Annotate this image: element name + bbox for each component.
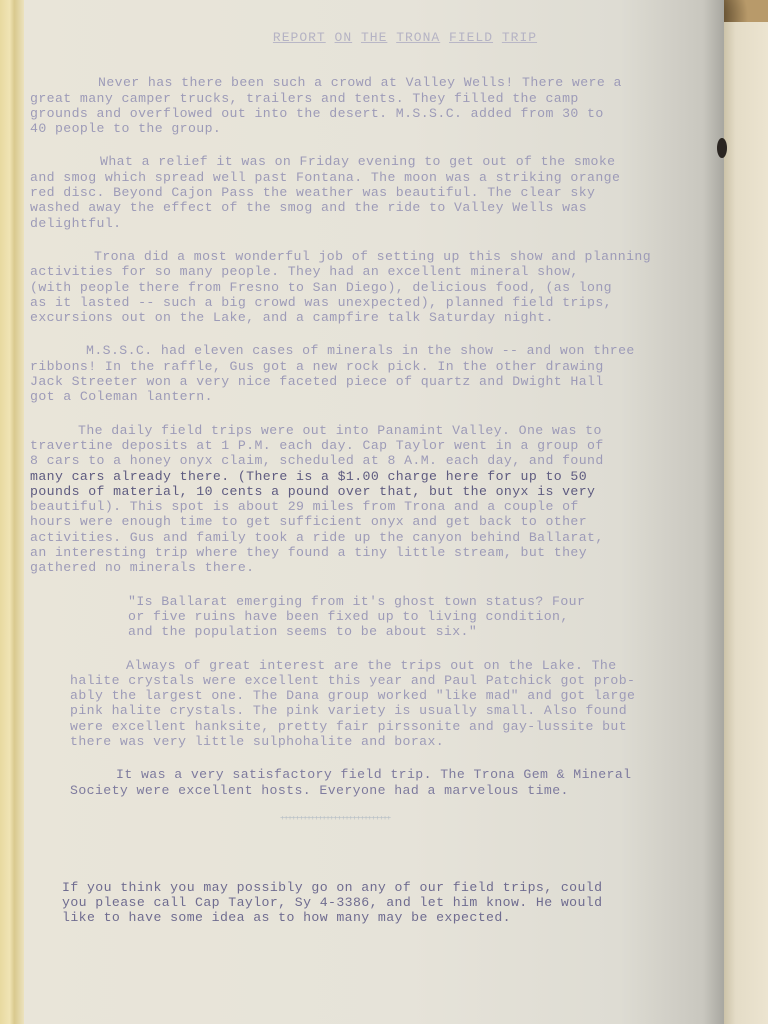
text-line: beautiful). This spot is about 29 miles … (30, 499, 720, 514)
text-line: many cars already there. (There is a $1.… (30, 469, 720, 484)
text-line: there was very little sulphohalite and b… (70, 734, 720, 749)
text-line: an interesting trip where they found a t… (30, 545, 720, 560)
text-line: halite crystals were excellent this year… (70, 673, 720, 688)
text-line: washed away the effect of the smog and t… (30, 200, 720, 215)
text-line: great many camper trucks, trailers and t… (30, 91, 720, 106)
paragraph-trona-show: Trona did a most wonderful job of settin… (30, 249, 720, 325)
text-line: like to have some idea as to how many ma… (62, 910, 720, 925)
text-line: as it lasted -- such a big crowd was une… (30, 295, 720, 310)
adjacent-page (722, 22, 768, 1024)
paragraph-valley-wells: Never has there been such a crowd at Val… (30, 75, 720, 136)
title-word: ON (335, 30, 353, 45)
title-word: REPORT (273, 30, 326, 45)
ballarat-quote: "Is Ballarat emerging from it's ghost to… (128, 594, 720, 640)
title-word: FIELD (449, 30, 493, 45)
text-line: M.S.S.C. had eleven cases of minerals in… (86, 343, 720, 358)
text-line: delightful. (30, 216, 720, 231)
binder-edge (0, 0, 24, 1024)
paragraph-conclusion: It was a very satisfactory field trip. T… (30, 767, 720, 798)
section-separator: +++++++++++++++++++++++++++++ (280, 816, 440, 822)
paragraph-closing: If you think you may possibly go on any … (62, 880, 720, 926)
text-line: pink halite crystals. The pink variety i… (70, 703, 720, 718)
text-line: travertine deposits at 1 P.M. each day. … (30, 438, 720, 453)
text-line: ably the largest one. The Dana group wor… (70, 688, 720, 703)
paragraph-friday-evening: What a relief it was on Friday evening t… (30, 154, 720, 230)
text-line: activities for so many people. They had … (30, 264, 720, 279)
title-word: TRIP (502, 30, 537, 45)
text-line: Trona did a most wonderful job of settin… (94, 249, 720, 264)
text-line: 8 cars to a honey onyx claim, scheduled … (30, 453, 720, 468)
report-title: REPORT ON THE TRONA FIELD TRIP (90, 30, 720, 45)
text-line: (with people there from Fresno to San Di… (30, 280, 720, 295)
text-line: activities. Gus and family took a ride u… (30, 530, 720, 545)
text-line: grounds and overflowed out into the dese… (30, 106, 720, 121)
text-line: red disc. Beyond Cajon Pass the weather … (30, 185, 720, 200)
text-line: and smog which spread well past Fontana.… (30, 170, 720, 185)
text-line: If you think you may possibly go on any … (62, 880, 720, 895)
text-line: or five ruins have been fixed up to livi… (128, 609, 720, 624)
text-line: It was a very satisfactory field trip. T… (116, 767, 720, 782)
paragraph-mssc-cases: M.S.S.C. had eleven cases of minerals in… (30, 343, 720, 404)
text-line: Never has there been such a crowd at Val… (98, 75, 720, 90)
text-line: What a relief it was on Friday evening t… (100, 154, 720, 169)
text-line: Jack Streeter won a very nice faceted pi… (30, 374, 720, 389)
text-line: "Is Ballarat emerging from it's ghost to… (128, 594, 720, 609)
text-line: ribbons! In the raffle, Gus got a new ro… (30, 359, 720, 374)
text-line: you please call Cap Taylor, Sy 4-3386, a… (62, 895, 720, 910)
text-line: pounds of material, 10 cents a pound ove… (30, 484, 720, 499)
text-line: The daily field trips were out into Pana… (78, 423, 720, 438)
text-line: were excellent hanksite, pretty fair pir… (70, 719, 720, 734)
text-line: gathered no minerals there. (30, 560, 720, 575)
text-line: got a Coleman lantern. (30, 389, 720, 404)
title-word: THE (361, 30, 387, 45)
text-line: excursions out on the Lake, and a campfi… (30, 310, 720, 325)
text-line: and the population seems to be about six… (128, 624, 720, 639)
paragraph-daily-trips: The daily field trips were out into Pana… (30, 423, 720, 576)
text-line: 40 people to the group. (30, 121, 720, 136)
text-line: Society were excellent hosts. Everyone h… (70, 783, 720, 798)
typewritten-report: REPORT ON THE TRONA FIELD TRIP Never has… (30, 30, 720, 944)
title-word: TRONA (396, 30, 440, 45)
text-line: Always of great interest are the trips o… (126, 658, 720, 673)
paragraph-lake-trips: Always of great interest are the trips o… (30, 658, 720, 750)
text-line: hours were enough time to get sufficient… (30, 514, 720, 529)
